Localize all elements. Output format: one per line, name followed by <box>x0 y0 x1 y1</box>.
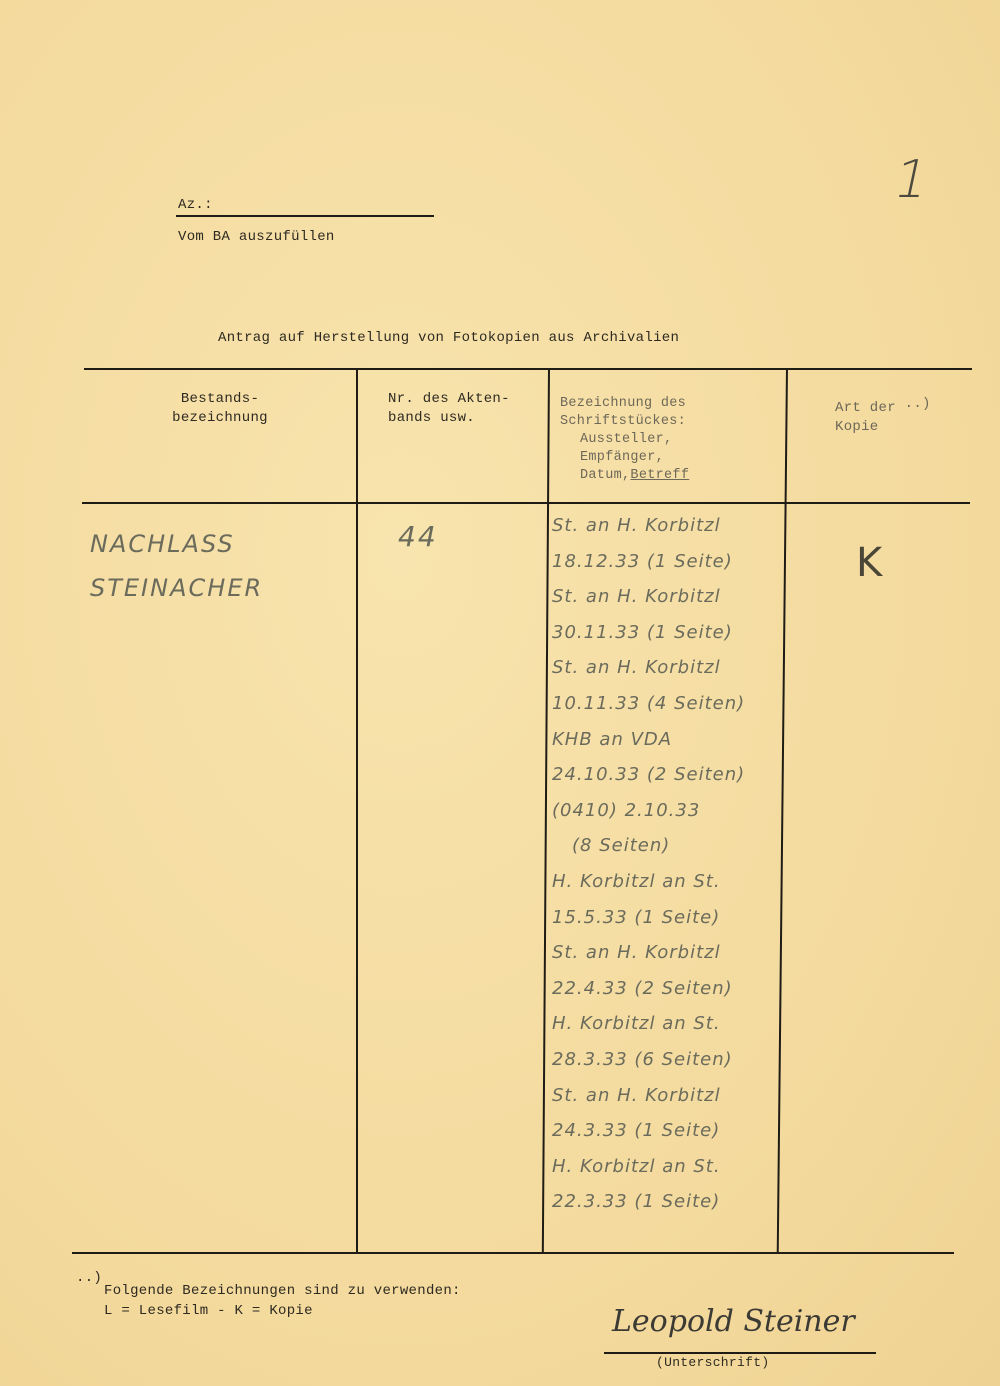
column-header-bestand: Bestands- bezeichnung <box>84 390 356 428</box>
art-der-kopie-cell[interactable]: K <box>856 540 884 586</box>
column-divider-1 <box>356 368 358 1253</box>
footnote-line: Folgende Bezeichnungen sind zu verwenden… <box>104 1281 461 1301</box>
header-line: Empfänger, <box>560 449 689 467</box>
schriftstueck-line: St. an H. Korbitzl <box>552 579 784 615</box>
signature-line <box>604 1352 876 1354</box>
schriftstueck-line: St. an H. Korbitzl <box>552 1078 784 1114</box>
schriftstueck-line: KHB an VDA <box>552 722 784 758</box>
ba-note: Vom BA auszufüllen <box>178 229 335 245</box>
az-field[interactable] <box>222 196 422 214</box>
footnote-line: L = Lesefilm - K = Kopie <box>104 1301 461 1321</box>
schriftstueck-line: 18.12.33 (1 Seite) <box>552 544 784 580</box>
table-header-border <box>82 502 970 504</box>
schriftstueck-line: H. Korbitzl an St. <box>552 1006 784 1042</box>
schriftstueck-line: 22.4.33 (2 Seiten) <box>552 971 784 1007</box>
schriftstueck-line: 24.3.33 (1 Seite) <box>552 1113 784 1149</box>
header-line: Schriftstückes: <box>560 413 689 431</box>
schriftstuecke-cell[interactable]: St. an H. Korbitzl 18.12.33 (1 Seite) St… <box>552 508 784 1220</box>
header-line: Art der <box>835 400 896 416</box>
page-number: 1 <box>889 150 935 210</box>
column-divider-2 <box>542 368 550 1253</box>
schriftstueck-line: 30.11.33 (1 Seite) <box>552 615 784 651</box>
column-header-aktenband: Nr. des Akten- bands usw. <box>388 390 510 428</box>
signature-label: (Unterschrift) <box>656 1355 769 1370</box>
header-line: Bezeichnung des <box>560 395 689 413</box>
bestand-line: STEINACHER <box>90 566 263 610</box>
schriftstueck-line: H. Korbitzl an St. <box>552 864 784 900</box>
bestand-cell[interactable]: NACHLASS STEINACHER <box>90 522 263 610</box>
footnote-mark: ..) <box>905 396 931 412</box>
schriftstueck-line: (0410) 2.10.33 <box>552 793 784 829</box>
column-header-art: Art der ..) Kopie <box>835 399 931 437</box>
header-line: Nr. des Akten- <box>388 390 510 409</box>
signature: Leopold Steiner <box>612 1304 855 1339</box>
table-top-border <box>84 368 972 370</box>
aktenband-cell[interactable]: 44 <box>398 520 438 553</box>
footnote-mark: ..) <box>76 1270 102 1286</box>
column-header-schriftstueck: Bezeichnung des Schriftstückes: Ausstell… <box>560 395 689 485</box>
header-line: Kopie <box>835 418 931 437</box>
form-title: Antrag auf Herstellung von Fotokopien au… <box>218 330 679 346</box>
header-line: bezeichnung <box>84 409 356 428</box>
schriftstueck-line: 22.3.33 (1 Seite) <box>552 1184 784 1220</box>
header-line: Aussteller, <box>560 431 689 449</box>
schriftstueck-line: H. Korbitzl an St. <box>552 1149 784 1185</box>
header-line: Datum,Betreff <box>560 467 689 485</box>
table-bottom-border <box>72 1252 954 1254</box>
schriftstueck-line: 24.10.33 (2 Seiten) <box>552 757 784 793</box>
bestand-line: NACHLASS <box>90 522 263 566</box>
az-label: Az.: <box>178 197 213 213</box>
schriftstueck-line: St. an H. Korbitzl <box>552 935 784 971</box>
schriftstueck-line: (8 Seiten) <box>552 828 784 864</box>
header-text-underlined: Betreff <box>630 468 689 483</box>
schriftstueck-line: St. an H. Korbitzl <box>552 508 784 544</box>
footnote: Folgende Bezeichnungen sind zu verwenden… <box>104 1281 461 1321</box>
schriftstueck-line: St. an H. Korbitzl <box>552 650 784 686</box>
schriftstueck-line: 10.11.33 (4 Seiten) <box>552 686 784 722</box>
header-text: Datum, <box>580 468 630 483</box>
header-line: Bestands- <box>84 390 356 409</box>
schriftstueck-line: 15.5.33 (1 Seite) <box>552 900 784 936</box>
header-line: bands usw. <box>388 409 510 428</box>
schriftstueck-line: 28.3.33 (6 Seiten) <box>552 1042 784 1078</box>
az-underline <box>176 215 434 217</box>
